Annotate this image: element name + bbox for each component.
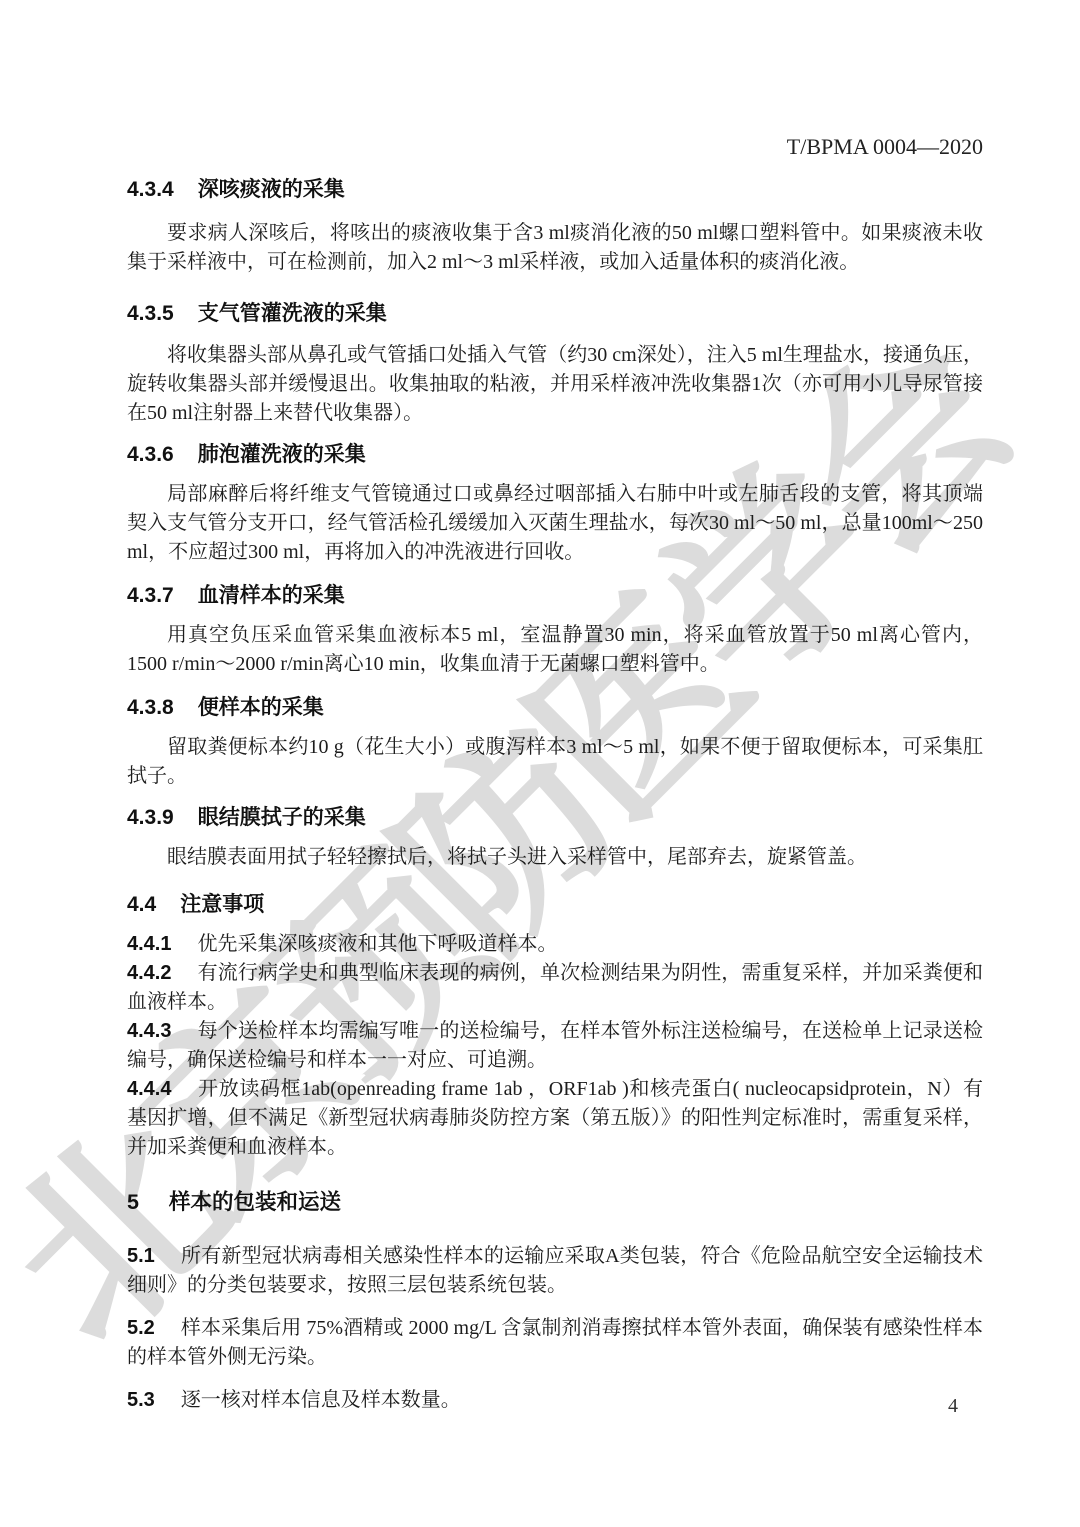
clause-paragraph: 将收集器头部从鼻孔或气管插口处插入气管（约30 cm深处），注入5 ml生理盐水… bbox=[127, 341, 983, 428]
clause-heading: 4.3.7血清样本的采集 bbox=[127, 583, 983, 609]
note-item-text: 优先采集深咳痰液和其他下呼吸道样本。 bbox=[197, 933, 557, 955]
note-item-text: 每个送检样本均需编写唯一的送检编号，在样本管外标注送检编号，在送检单上记录送检编… bbox=[127, 1020, 983, 1071]
clause-heading: 4.3.8便样本的采集 bbox=[127, 695, 983, 721]
note-item-number: 4.4.4 bbox=[127, 1078, 171, 1100]
clause-number: 4.3.5 bbox=[127, 302, 174, 325]
note-item: 4.4.3每个送检样本均需编写唯一的送检编号，在样本管外标注送检编号，在送检单上… bbox=[127, 1017, 983, 1075]
clause-title: 深咳痰液的采集 bbox=[198, 178, 345, 201]
clause-number: 4.3.8 bbox=[127, 696, 174, 719]
note-item-number: 4.4.1 bbox=[127, 933, 171, 955]
clause-paragraph: 用真空负压采血管采集血液标本5 ml，室温静置30 min，将采血管放置于50 … bbox=[127, 621, 983, 679]
clause-title: 便样本的采集 bbox=[198, 696, 324, 719]
page-content: T/BPMA 0004—2020 4.3.4深咳痰液的采集 要求病人深咳后，将咳… bbox=[0, 0, 1080, 1415]
clause-paragraph: 局部麻醉后将纤维支气管镜通过口或鼻经过咽部插入右肺中叶或左肺舌段的支管，将其顶端… bbox=[127, 480, 983, 567]
section-number: 5 bbox=[127, 1190, 139, 1214]
clause-number: 4.3.6 bbox=[127, 443, 174, 466]
clause-number: 4.3.7 bbox=[127, 584, 174, 607]
packing-item: 5.1所有新型冠状病毒相关感染性样本的运输应采取A类包装，符合《危险品航空安全运… bbox=[127, 1242, 983, 1300]
section-number: 4.4 bbox=[127, 893, 156, 916]
packing-item: 5.3逐一核对样本信息及样本数量。 bbox=[127, 1386, 983, 1415]
packing-item-text: 逐一核对样本信息及样本数量。 bbox=[181, 1389, 461, 1411]
page-number: 4 bbox=[948, 1395, 958, 1418]
note-item-number: 4.4.3 bbox=[127, 1020, 171, 1042]
note-item-text: 开放读码框1ab(openreading frame 1ab ，ORF1ab )… bbox=[127, 1078, 983, 1158]
clause-heading: 4.3.6肺泡灌洗液的采集 bbox=[127, 442, 983, 468]
clause-number: 4.3.4 bbox=[127, 178, 174, 201]
clause-title: 血清样本的采集 bbox=[198, 584, 345, 607]
note-item-number: 4.4.2 bbox=[127, 962, 171, 984]
clause-number: 4.3.9 bbox=[127, 806, 174, 829]
section-title: 注意事项 bbox=[180, 893, 264, 916]
notes-items: 4.4.1优先采集深咳痰液和其他下呼吸道样本。 4.4.2有流行病学史和典型临床… bbox=[127, 930, 983, 1162]
clause-title: 支气管灌洗液的采集 bbox=[198, 302, 387, 325]
packing-item-text: 样本采集后用 75%酒精或 2000 mg/L 含氯制剂消毒擦拭样本管外表面，确… bbox=[127, 1317, 983, 1368]
packing-item-text: 所有新型冠状病毒相关感染性样本的运输应采取A类包装，符合《危险品航空安全运输技术… bbox=[127, 1245, 983, 1296]
clause-paragraph: 留取粪便标本约10 g（花生大小）或腹泻样本3 ml～5 ml，如果不便于留取便… bbox=[127, 733, 983, 791]
note-item: 4.4.2有流行病学史和典型临床表现的病例，单次检测结果为阴性，需重复采样，并加… bbox=[127, 959, 983, 1017]
clause-paragraph: 要求病人深咳后，将咳出的痰液收集于含3 ml痰消化液的50 ml螺口塑料管中。如… bbox=[127, 219, 983, 277]
note-item-text: 有流行病学史和典型临床表现的病例，单次检测结果为阴性，需重复采样，并加采粪便和血… bbox=[127, 962, 983, 1013]
document-page: 北京预防医学会 T/BPMA 0004—2020 4.3.4深咳痰液的采集 要求… bbox=[0, 0, 1080, 1527]
clause-heading: 4.3.9眼结膜拭子的采集 bbox=[127, 805, 983, 831]
clause-heading: 4.3.5支气管灌洗液的采集 bbox=[127, 301, 983, 327]
section-title: 样本的包装和运送 bbox=[169, 1190, 341, 1214]
note-item: 4.4.4开放读码框1ab(openreading frame 1ab ，ORF… bbox=[127, 1075, 983, 1162]
standard-code-header: T/BPMA 0004—2020 bbox=[127, 135, 983, 159]
section-heading-notes: 4.4注意事项 bbox=[127, 892, 983, 918]
packing-item-number: 5.1 bbox=[127, 1245, 155, 1267]
packing-item: 5.2样本采集后用 75%酒精或 2000 mg/L 含氯制剂消毒擦拭样本管外表… bbox=[127, 1314, 983, 1372]
section-heading-packing: 5样本的包装和运送 bbox=[127, 1188, 983, 1216]
packing-item-number: 5.3 bbox=[127, 1389, 155, 1411]
packing-item-number: 5.2 bbox=[127, 1317, 155, 1339]
clause-paragraph: 眼结膜表面用拭子轻轻擦拭后，将拭子头进入采样管中，尾部弃去，旋紧管盖。 bbox=[127, 843, 983, 872]
clause-title: 肺泡灌洗液的采集 bbox=[198, 443, 366, 466]
clause-heading: 4.3.4深咳痰液的采集 bbox=[127, 177, 983, 203]
note-item: 4.4.1优先采集深咳痰液和其他下呼吸道样本。 bbox=[127, 930, 983, 959]
clause-title: 眼结膜拭子的采集 bbox=[198, 806, 366, 829]
